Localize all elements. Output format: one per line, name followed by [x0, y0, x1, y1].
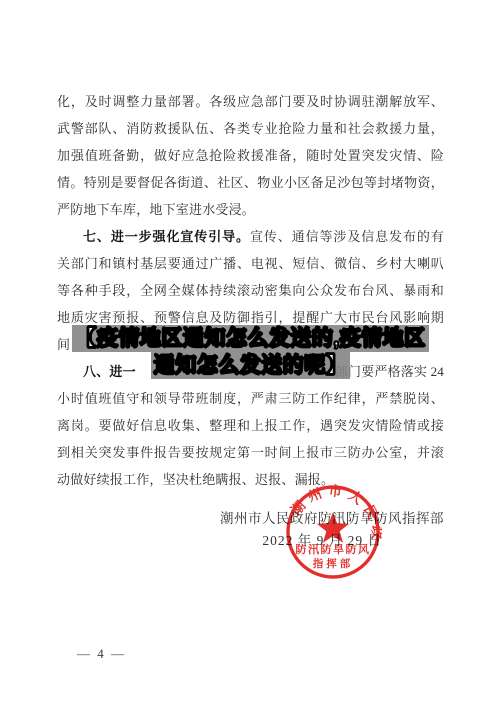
body-line: 加强值班备勤，做好应急抢险救援准备，随时处置突发灾情、险	[57, 142, 444, 169]
overlay-banner-row: 通知怎么发送的呢】	[57, 352, 444, 379]
document-page: 化，及时调整力量部署。各级应急部门要及时协调驻潮解放军、 武警部队、消防救援队伍…	[0, 0, 500, 707]
overlay-banner-row: 【疫情地区通知怎么发送的,疫情地区	[57, 325, 444, 352]
document-body: 化，及时调整力量部署。各级应急部门要及时协调驻潮解放军、 武警部队、消防救援队伍…	[57, 88, 444, 493]
seal-middle-text: 防汛防旱防风	[296, 542, 371, 556]
body-line: 离岗。要做好信息收集、整理和上报工作，遇突发灾情险情或接	[57, 412, 444, 439]
page-number: — 4 —	[77, 646, 126, 662]
seal-star-icon	[317, 512, 349, 543]
body-line: 化，及时调整力量部署。各级应急部门要及时协调驻潮解放军、	[57, 88, 444, 115]
overlay-banner-text-line1: 【疫情地区通知怎么发送的,疫情地区	[72, 325, 428, 352]
section7-heading-line: 七、进一步强化宣传引导。宣传、通信等涉及信息发布的有	[57, 223, 444, 250]
overlay-banner-text-line2: 通知怎么发送的呢】	[151, 352, 351, 379]
body-line: 关部门和镇村基层要通过广播、电视、短信、微信、乡村大喇叭	[57, 250, 444, 277]
body-line: 武警部队、消防救援队伍、各类专业抢险力量和社会救援力量，	[57, 115, 444, 142]
body-line: 严防地下车库，地下室进水受浸。	[57, 196, 444, 223]
body-line: 动做好续报工作，坚决杜绝瞒报、迟报、漏报。	[57, 466, 444, 493]
section7-line1-rest: 宣传、通信等涉及信息发布的有	[250, 229, 444, 244]
seal-bottom-text: 指挥部	[313, 557, 354, 570]
body-line: 情。特别是要督促各街道、社区、物业小区备足沙包等封堵物资，	[57, 169, 444, 196]
overlay-title-banner: 【疫情地区通知怎么发送的,疫情地区 通知怎么发送的呢】	[57, 325, 444, 379]
official-seal: 潮州市人民政府 防汛防旱防风 指挥部	[284, 483, 382, 581]
body-line: 等各种手段，全网全媒体持续滚动密集向公众发布台风、暴雨和	[57, 277, 444, 304]
body-line: 到相关突发事件报告要按规定第一时间上报市三防办公室，并滚	[57, 439, 444, 466]
section7-heading: 七、进一步强化宣传引导。	[83, 229, 250, 244]
body-line: 小时值班值守和领导带班制度，严肃三防工作纪律，严禁脱岗、	[57, 385, 444, 412]
